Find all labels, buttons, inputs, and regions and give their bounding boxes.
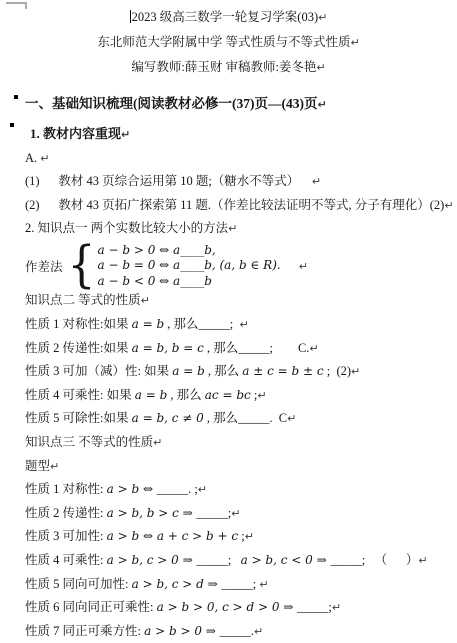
formula-brace-icon: { xyxy=(68,242,96,291)
section-heading: 一、基础知识梳理(阅读教材必修一(37)页—(43)页↵ xyxy=(25,92,451,117)
formula-block: 作差法{a − b > 0 ⇔ a____b,a − b = 0 ⇔ a____… xyxy=(25,243,451,290)
body-paragraph: 性质 1 对称性:如果 a = b , 那么_____; ↵ xyxy=(25,313,451,337)
body-paragraph: 性质 7 同正可乘方性: a > b > 0 ⇒ _____.↵ xyxy=(25,620,451,643)
math-expression: a = b xyxy=(132,317,165,331)
text-run: _____; （ ） xyxy=(330,553,418,567)
math-expression: a = b xyxy=(172,364,205,378)
text-run: 性质 2 传递性:如果 xyxy=(25,341,132,355)
doc-title-text-2: 东北师范大学附属中学 等式性质与不等式性质 xyxy=(97,35,350,49)
body-paragraph: 性质 1 对称性: a > b ⇔ _____. ;↵ xyxy=(25,478,451,502)
body-paragraph: (1) 教材 43 页综合运用第 10 题;（糖水不等式） ↵ xyxy=(25,170,451,194)
margin-crop-mark-icon xyxy=(6,2,27,9)
paragraph-mark-icon: ↵ xyxy=(240,318,249,331)
paragraph-mark-icon: ↵ xyxy=(350,36,359,49)
math-expression: a > b, b > c ⇒ xyxy=(107,506,197,520)
text-run: (2) 教材 43 页拓广探索第 11 题.（作差比较法证明不等式, 分子有理化… xyxy=(25,198,444,212)
text-run: 题型 xyxy=(25,459,50,473)
body-paragraph: 性质 4 可乘性: 如果 a = b , 那么 ac = bc ;↵ xyxy=(25,384,451,408)
paragraph-mark-icon: ↵ xyxy=(312,175,321,188)
text-run: ; xyxy=(238,529,245,543)
section-heading: 1. 教材内容重现↵ xyxy=(25,123,451,147)
math-expression: a > b, c < 0 ⇒ xyxy=(241,553,331,567)
paragraph-mark-icon: ↵ xyxy=(153,436,162,449)
text-run: 2. 知识点一 两个实数比较大小的方法 xyxy=(25,221,228,235)
math-expression: a > b ⇔ a + c > b + c xyxy=(107,529,239,543)
text-run: 一、基础知识梳理(阅读教材必修一(37)页—(43)页 xyxy=(25,96,317,111)
math-expression: a > b, c > 0 ⇒ xyxy=(107,553,197,567)
text-run: 性质 1 对称性: xyxy=(25,482,107,496)
paragraph-mark-icon: ↵ xyxy=(198,483,207,496)
paragraph-mark-icon: ↵ xyxy=(141,294,150,307)
math-expression: a > b > 0, c > d > 0 ⇒ xyxy=(157,600,298,614)
text-run: _____; xyxy=(297,600,332,614)
paragraph-mark-icon: ↵ xyxy=(418,554,427,567)
paragraph-mark-icon: ↵ xyxy=(317,98,326,111)
math-expression: a = b xyxy=(135,388,168,402)
text-run: 性质 4 可乘性: 如果 xyxy=(25,388,135,402)
paragraph-mark-icon: ↵ xyxy=(231,507,240,520)
formula-row: a − b > 0 ⇔ a____b, xyxy=(98,243,281,259)
document-page: 2023 级高三数学一轮复习学案(03)↵ 东北师范大学附属中学 等式性质与不等… xyxy=(0,0,457,643)
paragraph-anchor-icon xyxy=(10,123,14,127)
math-expression: a > b ⇔ xyxy=(107,482,157,496)
body-paragraph: 知识点二 等式的性质↵ xyxy=(25,289,451,313)
formula-rows: a − b > 0 ⇔ a____b,a − b = 0 ⇔ a____b, (… xyxy=(98,243,281,290)
paragraph-mark-icon: ↵ xyxy=(40,152,49,165)
body-paragraph: 性质 6 同向同正可乘性: a > b > 0, c > d > 0 ⇒ ___… xyxy=(25,596,451,620)
body-paragraph: 性质 3 可加性: a > b ⇔ a + c > b + c ;↵ xyxy=(25,525,451,549)
text-run: 性质 2 传递性: xyxy=(25,506,107,520)
math-expression: ac = bc xyxy=(205,388,251,402)
paragraph-mark-icon: ↵ xyxy=(309,342,318,355)
paragraph-anchor-icon xyxy=(14,95,18,99)
body-paragraph: 性质 2 传递性: a > b, b > c ⇒ _____;↵ xyxy=(25,502,451,526)
paragraph-mark-icon: ↵ xyxy=(50,460,59,473)
body-paragraph: 题型↵ xyxy=(25,455,451,479)
paragraph-mark-icon: ↵ xyxy=(228,222,237,235)
text-run: _____; xyxy=(197,506,232,520)
text-run: 性质 7 同正可乘方性: xyxy=(25,624,144,638)
paragraph-mark-icon: ↵ xyxy=(121,128,130,141)
text-run: 知识点三 不等式的性质 xyxy=(25,435,153,449)
text-run: 性质 6 同向同正可乘性: xyxy=(25,600,157,614)
body-paragraph: 性质 5 可除性:如果 a = b, c ≠ 0 , 那么_____. C↵ xyxy=(25,407,451,431)
text-run: A. xyxy=(25,151,40,165)
formula-row: a − b < 0 ⇔ a____b xyxy=(98,274,281,290)
paragraph-mark-icon: ↵ xyxy=(351,365,360,378)
paragraph-mark-icon: ↵ xyxy=(254,625,263,638)
doc-title-line-1: 2023 级高三数学一轮复习学案(03)↵ xyxy=(0,5,457,30)
doc-title-line-2: 东北师范大学附属中学 等式性质与不等式性质↵ xyxy=(0,30,457,55)
text-run: , 那么_____; C. xyxy=(204,341,310,355)
body-paragraph: 知识点三 不等式的性质↵ xyxy=(25,431,451,455)
math-expression: a ± c = b ± c xyxy=(242,364,323,378)
text-run: 性质 5 可除性:如果 xyxy=(25,411,132,425)
paragraph-mark-icon: ↵ xyxy=(316,61,325,74)
math-expression: a = b, b = c xyxy=(132,341,204,355)
paragraph-mark-icon: ↵ xyxy=(257,389,266,402)
math-expression: a > b > 0 ⇒ xyxy=(144,624,220,638)
text-run: , 那么_____; xyxy=(164,317,239,331)
paragraph-mark-icon: ↵ xyxy=(318,11,327,24)
document-body: 一、基础知识梳理(阅读教材必修一(37)页—(43)页↵1. 教材内容重现↵A.… xyxy=(0,92,457,643)
text-cursor xyxy=(130,10,131,23)
paragraph-mark-icon: ↵ xyxy=(332,601,341,614)
text-run: , 那么 xyxy=(167,388,205,402)
text-run: _____. xyxy=(220,624,254,638)
doc-title-line-3: 编写教师:薛玉财 审稿教师:姜冬艳↵ xyxy=(0,55,457,80)
text-run: 性质 5 同向可加性: xyxy=(25,577,132,591)
text-run: _____; xyxy=(196,553,240,567)
text-run: _____. ; xyxy=(157,482,198,496)
body-paragraph: 性质 4 可乘性: a > b, c > 0 ⇒ _____; a > b, c… xyxy=(25,549,451,573)
math-expression: a > b, c > d ⇒ xyxy=(132,577,222,591)
text-run: 性质 3 可加（减）性: 如果 xyxy=(25,364,172,378)
text-run: (1) 教材 43 页综合运用第 10 题;（糖水不等式） xyxy=(25,174,312,188)
text-run: ; (2) xyxy=(324,364,351,378)
text-run: , 那么_____. C xyxy=(204,411,287,425)
text-run: , 那么 xyxy=(205,364,243,378)
paragraph-mark-icon: ↵ xyxy=(299,260,308,273)
body-paragraph: (2) 教材 43 页拓广探索第 11 题.（作差比较法证明不等式, 分子有理化… xyxy=(25,194,451,218)
text-run: 知识点二 等式的性质 xyxy=(25,293,141,307)
text-run: 性质 3 可加性: xyxy=(25,529,107,543)
formula-label: 作差法 xyxy=(25,257,63,275)
paragraph-mark-icon: ↵ xyxy=(245,530,254,543)
body-paragraph: 性质 3 可加（减）性: 如果 a = b , 那么 a ± c = b ± c… xyxy=(25,360,451,384)
text-run: 性质 1 对称性:如果 xyxy=(25,317,132,331)
text-run: 1. 教材内容重现 xyxy=(30,126,121,141)
document-header: 2023 级高三数学一轮复习学案(03)↵ 东北师范大学附属中学 等式性质与不等… xyxy=(0,0,457,80)
body-paragraph: 性质 5 同向可加性: a > b, c > d ⇒ _____; ↵ xyxy=(25,573,451,597)
body-paragraph: A. ↵ xyxy=(25,147,451,171)
paragraph-mark-icon: ↵ xyxy=(287,412,296,425)
paragraph-mark-icon: ↵ xyxy=(259,578,268,591)
doc-title-text-1: 2023 级高三数学一轮复习学案(03) xyxy=(132,10,318,24)
text-run: _____; xyxy=(222,577,260,591)
body-paragraph: 性质 2 传递性:如果 a = b, b = c , 那么_____; C.↵ xyxy=(25,337,451,361)
math-expression: a = b, c ≠ 0 xyxy=(132,411,204,425)
text-run: 性质 4 可乘性: xyxy=(25,553,107,567)
formula-row: a − b = 0 ⇔ a____b, (a, b ∈ R). xyxy=(98,258,281,274)
paragraph-mark-icon: ↵ xyxy=(444,199,453,212)
doc-title-text-3: 编写教师:薛玉财 审稿教师:姜冬艳 xyxy=(131,60,316,74)
